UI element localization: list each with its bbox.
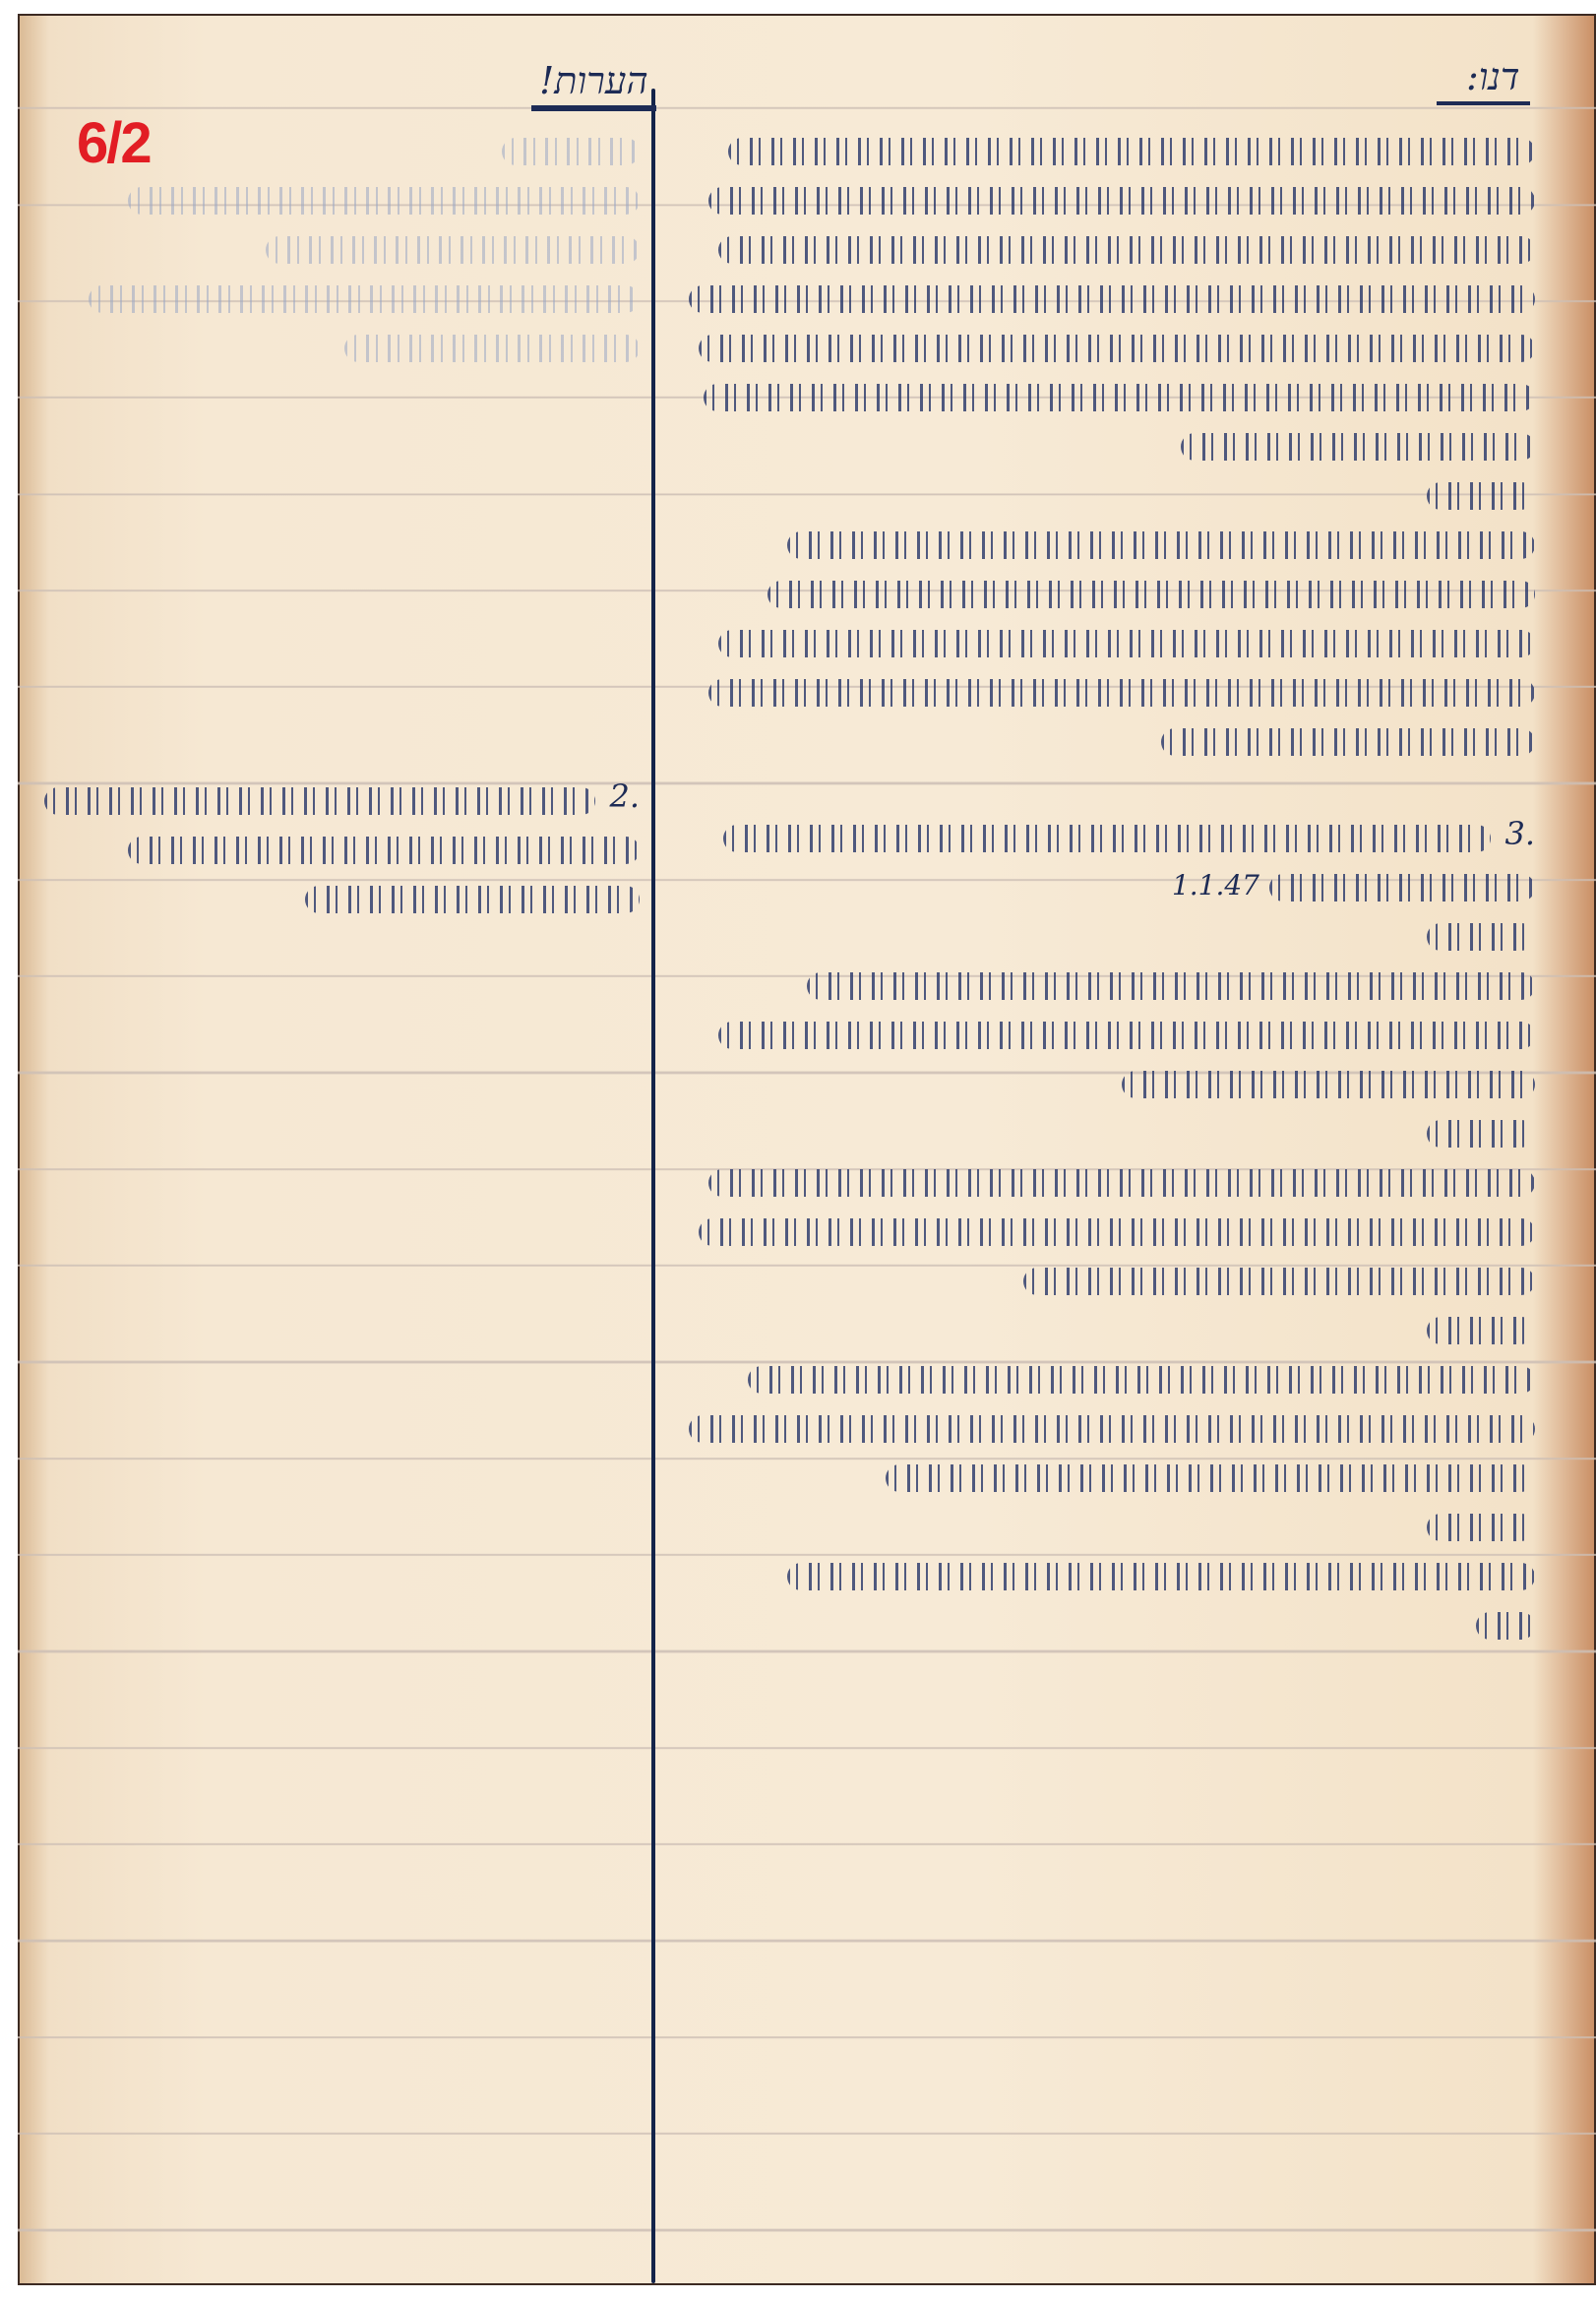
handwriting-line — [689, 512, 1535, 559]
handwriting-line — [689, 561, 1535, 608]
speaker-label — [689, 1494, 1535, 1541]
handwriting-line — [689, 1248, 1535, 1295]
item-number: 3. — [1504, 815, 1535, 852]
handwriting-line — [689, 610, 1535, 657]
handwriting-line — [689, 167, 1535, 215]
main-column-header: דנו: — [1437, 55, 1530, 105]
speaker-label — [689, 1297, 1535, 1344]
handwriting-line — [689, 1051, 1535, 1098]
visible-date: 1.1.47 — [1172, 869, 1259, 901]
handwriting-line — [689, 118, 1535, 165]
handwriting-line — [689, 1543, 1535, 1590]
handwriting-line — [689, 266, 1535, 313]
handwriting-line — [689, 1199, 1535, 1246]
handwriting-line — [689, 1396, 1535, 1443]
bleed-through-line — [30, 217, 640, 264]
handwriting-line — [689, 1346, 1535, 1394]
speaker-label — [689, 903, 1535, 951]
item-number: 2. — [609, 777, 640, 815]
main-column: 3. 1.1.47 — [689, 118, 1535, 1642]
margin-column-header: הערות! — [531, 59, 656, 111]
handwriting-line — [689, 659, 1535, 707]
handwriting-line — [689, 1592, 1535, 1640]
speaker-label — [689, 1100, 1535, 1148]
handwriting-line — [689, 217, 1535, 264]
handwriting-line — [689, 953, 1535, 1000]
page-number-badge: 6/2 — [77, 110, 151, 176]
bleed-through-line — [30, 315, 640, 362]
margin-column: 2. — [30, 118, 640, 915]
numbered-item-line: 3. — [689, 805, 1535, 852]
numbered-item-line: 1.1.47 — [689, 854, 1535, 901]
handwriting-line — [689, 1150, 1535, 1197]
speaker-label — [689, 463, 1535, 510]
handwriting-line — [689, 1002, 1535, 1049]
handwriting-line — [30, 866, 640, 913]
handwriting-line — [30, 817, 640, 864]
handwriting-line — [689, 1445, 1535, 1492]
numbered-item-line: 2. — [30, 768, 640, 815]
handwriting-line — [689, 315, 1535, 362]
bleed-through-line — [30, 266, 640, 313]
column-divider — [651, 89, 655, 2283]
handwriting-line — [689, 709, 1535, 756]
handwriting-line — [689, 364, 1535, 411]
handwriting-line — [689, 413, 1535, 461]
